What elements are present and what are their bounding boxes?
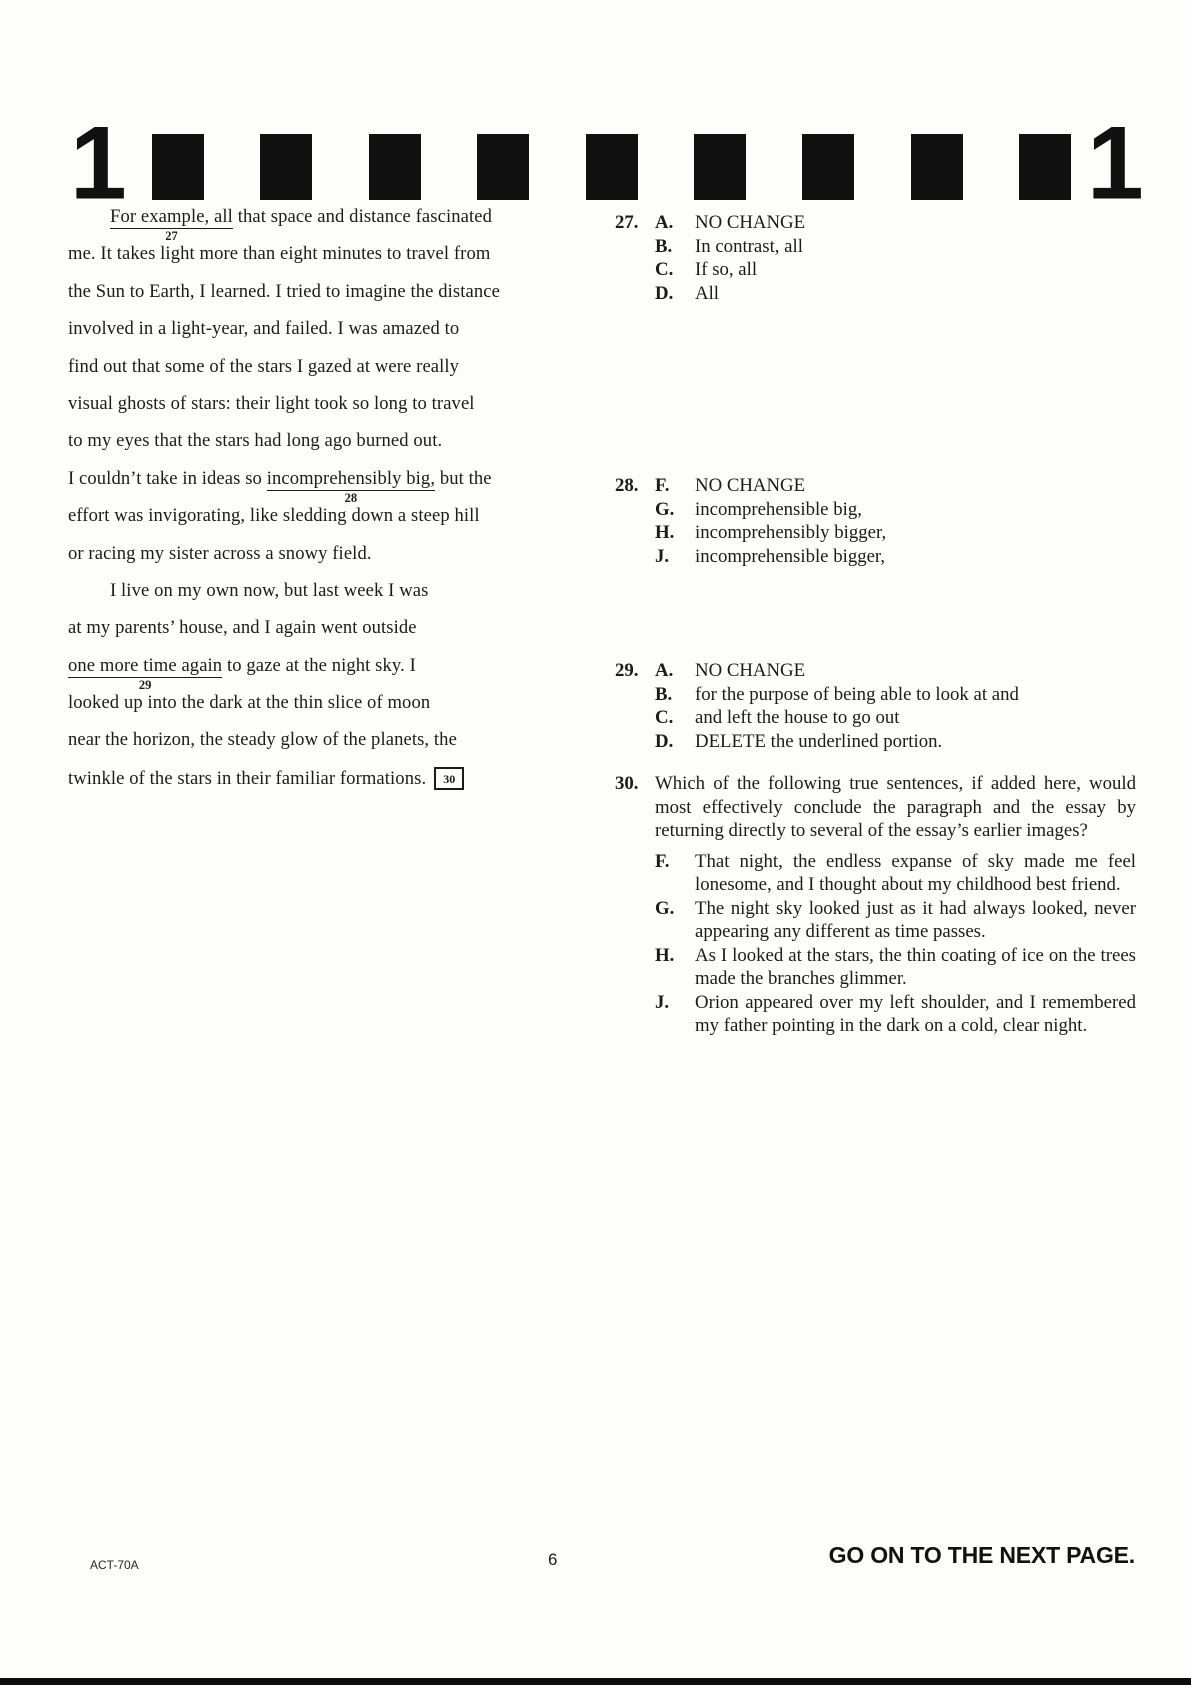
underlined-phrase: one more time again29 bbox=[68, 655, 222, 678]
answer-option: F.NO CHANGE bbox=[655, 474, 1136, 498]
option-text: DELETE the underlined portion. bbox=[695, 730, 1136, 754]
option-letter: F. bbox=[655, 474, 695, 498]
question-27: 27.A.NO CHANGEB.In contrast, allC.If so,… bbox=[615, 211, 1136, 305]
question-number: 28. bbox=[615, 474, 655, 568]
option-text: The night sky looked just as it had alwa… bbox=[695, 897, 1136, 944]
option-text: In contrast, all bbox=[695, 235, 1136, 259]
header-square bbox=[369, 134, 421, 200]
answer-option: C.and left the house to go out bbox=[655, 706, 1136, 730]
option-letter: D. bbox=[655, 282, 695, 306]
answer-option: G.incomprehensible big, bbox=[655, 498, 1136, 522]
header-square bbox=[152, 134, 204, 200]
passage-segment: I couldn’t take in ideas so bbox=[68, 468, 267, 489]
option-text: incomprehensible bigger, bbox=[695, 545, 1136, 569]
passage-line: I couldn’t take in ideas so incomprehens… bbox=[68, 468, 538, 505]
option-letter: B. bbox=[655, 235, 695, 259]
option-text: NO CHANGE bbox=[695, 211, 1136, 235]
passage-segment: twinkle of the stars in their familiar f… bbox=[68, 768, 426, 789]
option-letter: H. bbox=[655, 521, 695, 545]
option-text: NO CHANGE bbox=[695, 659, 1136, 683]
underline-ref-number: 28 bbox=[345, 492, 358, 505]
passage-segment: or racing my sister across a snowy field… bbox=[68, 543, 372, 564]
form-code: ACT-70A bbox=[90, 1558, 139, 1572]
question-body: Which of the following true sentences, i… bbox=[655, 772, 1136, 1038]
answer-option: H.As I looked at the stars, the thin coa… bbox=[655, 944, 1136, 991]
option-letter: G. bbox=[655, 897, 695, 944]
option-letter: C. bbox=[655, 706, 695, 730]
passage-segment: me. It takes light more than eight minut… bbox=[68, 243, 490, 264]
passage-segment: involved in a light-year, and failed. I … bbox=[68, 318, 459, 339]
question-ref-box: 30 bbox=[434, 767, 464, 790]
question-number: 29. bbox=[615, 659, 655, 753]
option-text: for the purpose of being able to look at… bbox=[695, 683, 1136, 707]
underline-ref-number: 29 bbox=[139, 679, 152, 692]
option-text: If so, all bbox=[695, 258, 1136, 282]
passage-line: the Sun to Earth, I learned. I tried to … bbox=[68, 281, 538, 318]
option-letter: D. bbox=[655, 730, 695, 754]
answer-option: A.NO CHANGE bbox=[655, 659, 1136, 683]
passage-segment: at my parents’ house, and I again went o… bbox=[68, 617, 417, 638]
passage-segment: visual ghosts of stars: their light took… bbox=[68, 393, 475, 414]
passage-segment: effort was invigorating, like sledding d… bbox=[68, 505, 480, 526]
question-number: 30. bbox=[615, 772, 655, 1038]
passage-line: to my eyes that the stars had long ago b… bbox=[68, 430, 538, 467]
go-on-instruction: GO ON TO THE NEXT PAGE. bbox=[829, 1542, 1135, 1569]
passage-line: at my parents’ house, and I again went o… bbox=[68, 617, 538, 654]
passage-line: I live on my own now, but last week I wa… bbox=[68, 580, 538, 617]
answer-option: B.for the purpose of being able to look … bbox=[655, 683, 1136, 707]
underlined-phrase: For example, all27 bbox=[110, 206, 233, 229]
passage-segment: find out that some of the stars I gazed … bbox=[68, 356, 459, 377]
bottom-edge-rule bbox=[0, 1678, 1191, 1685]
answer-option: B.In contrast, all bbox=[655, 235, 1136, 259]
answer-option: G.The night sky looked just as it had al… bbox=[655, 897, 1136, 944]
answer-option: C.If so, all bbox=[655, 258, 1136, 282]
question-body: A.NO CHANGEB.for the purpose of being ab… bbox=[655, 659, 1136, 753]
answer-option: A.NO CHANGE bbox=[655, 211, 1136, 235]
option-text: NO CHANGE bbox=[695, 474, 1136, 498]
answer-option: F.That night, the endless expanse of sky… bbox=[655, 850, 1136, 897]
passage-segment: I live on my own now, but last week I wa… bbox=[110, 580, 428, 601]
option-text: incomprehensibly bigger, bbox=[695, 521, 1136, 545]
page-number: 6 bbox=[548, 1550, 557, 1570]
option-text: incomprehensible big, bbox=[695, 498, 1136, 522]
passage-segment: looked up into the dark at the thin slic… bbox=[68, 692, 430, 713]
option-letter: A. bbox=[655, 211, 695, 235]
page-footer: ACT-70A 6 GO ON TO THE NEXT PAGE. bbox=[0, 1540, 1191, 1590]
question-28: 28.F.NO CHANGEG.incomprehensible big,H.i… bbox=[615, 474, 1136, 568]
question-stem: Which of the following true sentences, i… bbox=[655, 772, 1136, 843]
answer-option: J.incomprehensible bigger, bbox=[655, 545, 1136, 569]
question-body: A.NO CHANGEB.In contrast, allC.If so, al… bbox=[655, 211, 1136, 305]
passage-line: visual ghosts of stars: their light took… bbox=[68, 393, 538, 430]
passage-line: looked up into the dark at the thin slic… bbox=[68, 692, 538, 729]
answer-option: D.All bbox=[655, 282, 1136, 306]
passage-line: find out that some of the stars I gazed … bbox=[68, 356, 538, 393]
option-text: That night, the endless expanse of sky m… bbox=[695, 850, 1136, 897]
passage-segment: but the bbox=[435, 468, 492, 489]
passage-segment: to my eyes that the stars had long ago b… bbox=[68, 430, 442, 451]
header-square bbox=[260, 134, 312, 200]
question-29: 29.A.NO CHANGEB.for the purpose of being… bbox=[615, 659, 1136, 753]
option-letter: J. bbox=[655, 991, 695, 1038]
passage-segment: the Sun to Earth, I learned. I tried to … bbox=[68, 281, 500, 302]
option-letter: J. bbox=[655, 545, 695, 569]
passage-line: For example, all27 that space and distan… bbox=[68, 206, 538, 243]
questions-column: 27.A.NO CHANGEB.In contrast, allC.If so,… bbox=[615, 0, 1136, 1500]
question-30: 30.Which of the following true sentences… bbox=[615, 772, 1136, 1038]
passage-line: twinkle of the stars in their familiar f… bbox=[68, 767, 538, 804]
answer-option: J.Orion appeared over my left shoulder, … bbox=[655, 991, 1136, 1038]
passage-line: effort was invigorating, like sledding d… bbox=[68, 505, 538, 542]
option-letter: H. bbox=[655, 944, 695, 991]
passage-line: or racing my sister across a snowy field… bbox=[68, 543, 538, 580]
passage-line: near the horizon, the steady glow of the… bbox=[68, 729, 538, 766]
passage-segment: to gaze at the night sky. I bbox=[222, 655, 416, 676]
underlined-phrase: incomprehensibly big,28 bbox=[267, 468, 435, 491]
answer-option: H.incomprehensibly bigger, bbox=[655, 521, 1136, 545]
header-square bbox=[477, 134, 529, 200]
passage-line: involved in a light-year, and failed. I … bbox=[68, 318, 538, 355]
section-number-left: 1 bbox=[70, 111, 127, 215]
test-page: 1 1 For example, all27 that space and di… bbox=[0, 0, 1191, 1685]
option-text: As I looked at the stars, the thin coati… bbox=[695, 944, 1136, 991]
option-letter: B. bbox=[655, 683, 695, 707]
question-body: F.NO CHANGEG.incomprehensible big,H.inco… bbox=[655, 474, 1136, 568]
passage-text: For example, all27 that space and distan… bbox=[68, 206, 538, 804]
option-text: Orion appeared over my left shoulder, an… bbox=[695, 991, 1136, 1038]
question-number: 27. bbox=[615, 211, 655, 305]
passage-segment: near the horizon, the steady glow of the… bbox=[68, 729, 457, 750]
option-text: All bbox=[695, 282, 1136, 306]
option-letter: F. bbox=[655, 850, 695, 897]
passage-segment: that space and distance fascinated bbox=[233, 206, 492, 227]
underline-ref-number: 27 bbox=[165, 230, 178, 243]
option-letter: A. bbox=[655, 659, 695, 683]
option-letter: G. bbox=[655, 498, 695, 522]
option-text: and left the house to go out bbox=[695, 706, 1136, 730]
passage-line: me. It takes light more than eight minut… bbox=[68, 243, 538, 280]
option-letter: C. bbox=[655, 258, 695, 282]
answer-option: D.DELETE the underlined portion. bbox=[655, 730, 1136, 754]
passage-line: one more time again29 to gaze at the nig… bbox=[68, 655, 538, 692]
